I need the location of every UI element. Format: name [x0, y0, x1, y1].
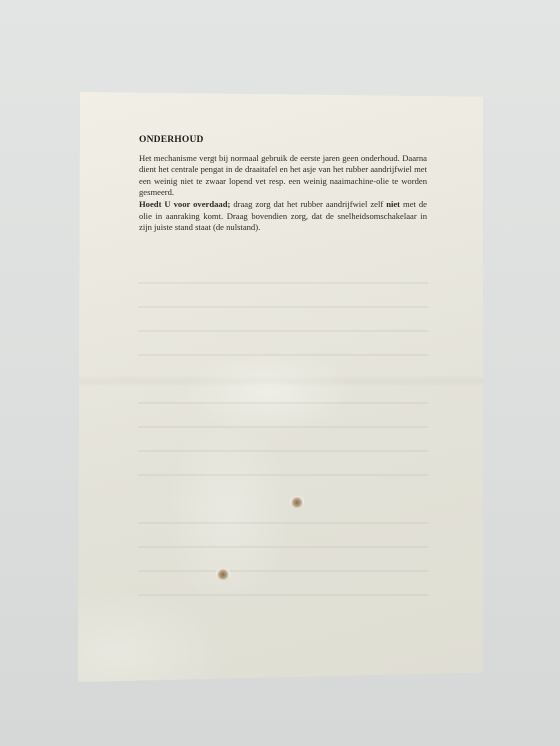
show-through-text	[138, 570, 428, 572]
paper-damage-spot	[216, 568, 230, 580]
document-body: ONDERHOUD Het mechanisme vergt bij norma…	[139, 135, 427, 234]
show-through-text	[138, 354, 428, 356]
show-through-text	[138, 402, 428, 404]
maintenance-paragraph: Het mechanisme vergt bij normaal gebruik…	[139, 153, 427, 199]
show-through-text	[138, 546, 428, 548]
warning-emphasis: niet	[386, 199, 400, 209]
warning-label: Hoedt U voor overdaad;	[139, 199, 230, 209]
show-through-text	[138, 474, 428, 476]
show-through-text	[138, 450, 428, 452]
show-through-text	[138, 306, 428, 308]
paper-damage-spot	[290, 496, 304, 508]
show-through-text	[138, 282, 428, 284]
show-through-text	[138, 594, 428, 596]
show-through-text	[138, 330, 428, 332]
show-through-text	[138, 522, 428, 524]
warning-paragraph: Hoedt U voor overdaad; draag zorg dat he…	[139, 199, 427, 234]
warning-text: draag zorg dat het rubber aandrijfwiel z…	[230, 199, 386, 209]
show-through-text	[138, 426, 428, 428]
section-heading: ONDERHOUD	[139, 135, 427, 147]
